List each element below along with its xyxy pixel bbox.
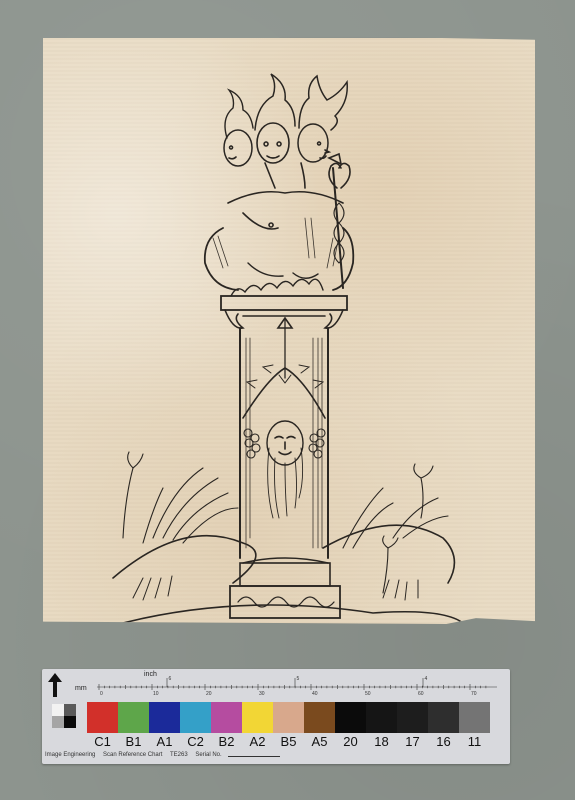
svg-text:5: 5 <box>297 676 300 682</box>
svg-text:6: 6 <box>169 676 172 682</box>
maker-text: Image Engineering <box>45 752 95 758</box>
swatch-20 <box>335 702 366 733</box>
swatch-11 <box>459 702 490 733</box>
gray-patch-cell <box>64 704 76 716</box>
chart-footer: Image Engineering Scan Reference Chart T… <box>45 752 286 758</box>
svg-text:60: 60 <box>418 691 424 697</box>
swatch-label: B2 <box>211 735 242 749</box>
chart-title-text: Scan Reference Chart <box>103 752 162 758</box>
svg-text:30: 30 <box>259 691 265 697</box>
gray-patch-cell <box>52 704 64 716</box>
svg-text:70: 70 <box>471 691 477 697</box>
svg-text:20: 20 <box>206 691 212 697</box>
swatch-label: C1 <box>87 735 118 749</box>
swatch-label: 17 <box>397 735 428 749</box>
serial-label: Serial No. <box>195 752 221 758</box>
swatch-label: C2 <box>180 735 211 749</box>
swatch-a5 <box>304 702 335 733</box>
color-swatches <box>87 702 490 733</box>
swatch-c2 <box>180 702 211 733</box>
svg-text:40: 40 <box>312 691 318 697</box>
svg-text:4: 4 <box>425 676 428 682</box>
swatch-label: 16 <box>428 735 459 749</box>
swatch-18 <box>366 702 397 733</box>
ruler: 010203040506070654 <box>97 675 497 697</box>
svg-text:10: 10 <box>153 691 159 697</box>
gray-patch-cell <box>64 716 76 728</box>
swatch-label: A5 <box>304 735 335 749</box>
swatch-label: A1 <box>149 735 180 749</box>
woodcut-illustration <box>43 38 535 624</box>
swatch-label: 18 <box>366 735 397 749</box>
swatch-label: A2 <box>242 735 273 749</box>
swatch-c1 <box>87 702 118 733</box>
swatch-16 <box>428 702 459 733</box>
swatch-17 <box>397 702 428 733</box>
swatch-b1 <box>118 702 149 733</box>
swatch-label: 20 <box>335 735 366 749</box>
serial-line <box>228 756 280 757</box>
paper-sheet <box>43 38 535 624</box>
scan-reference-chart: mm inch 010203040506070654 C1B1A1C2B2A2B… <box>42 669 510 764</box>
svg-text:0: 0 <box>100 691 103 697</box>
gray-patch <box>52 704 76 728</box>
model-text: TE263 <box>170 752 188 758</box>
swatch-a2 <box>242 702 273 733</box>
swatch-b2 <box>211 702 242 733</box>
svg-text:50: 50 <box>365 691 371 697</box>
up-arrow-icon <box>47 673 63 697</box>
swatch-a1 <box>149 702 180 733</box>
swatch-label: B5 <box>273 735 304 749</box>
swatch-label: B1 <box>118 735 149 749</box>
swatch-labels: C1B1A1C2B2A2B5A52018171611 <box>87 735 490 749</box>
gray-patch-cell <box>52 716 64 728</box>
swatch-b5 <box>273 702 304 733</box>
swatch-label: 11 <box>459 735 490 749</box>
ruler-mm-label: mm <box>75 685 87 692</box>
